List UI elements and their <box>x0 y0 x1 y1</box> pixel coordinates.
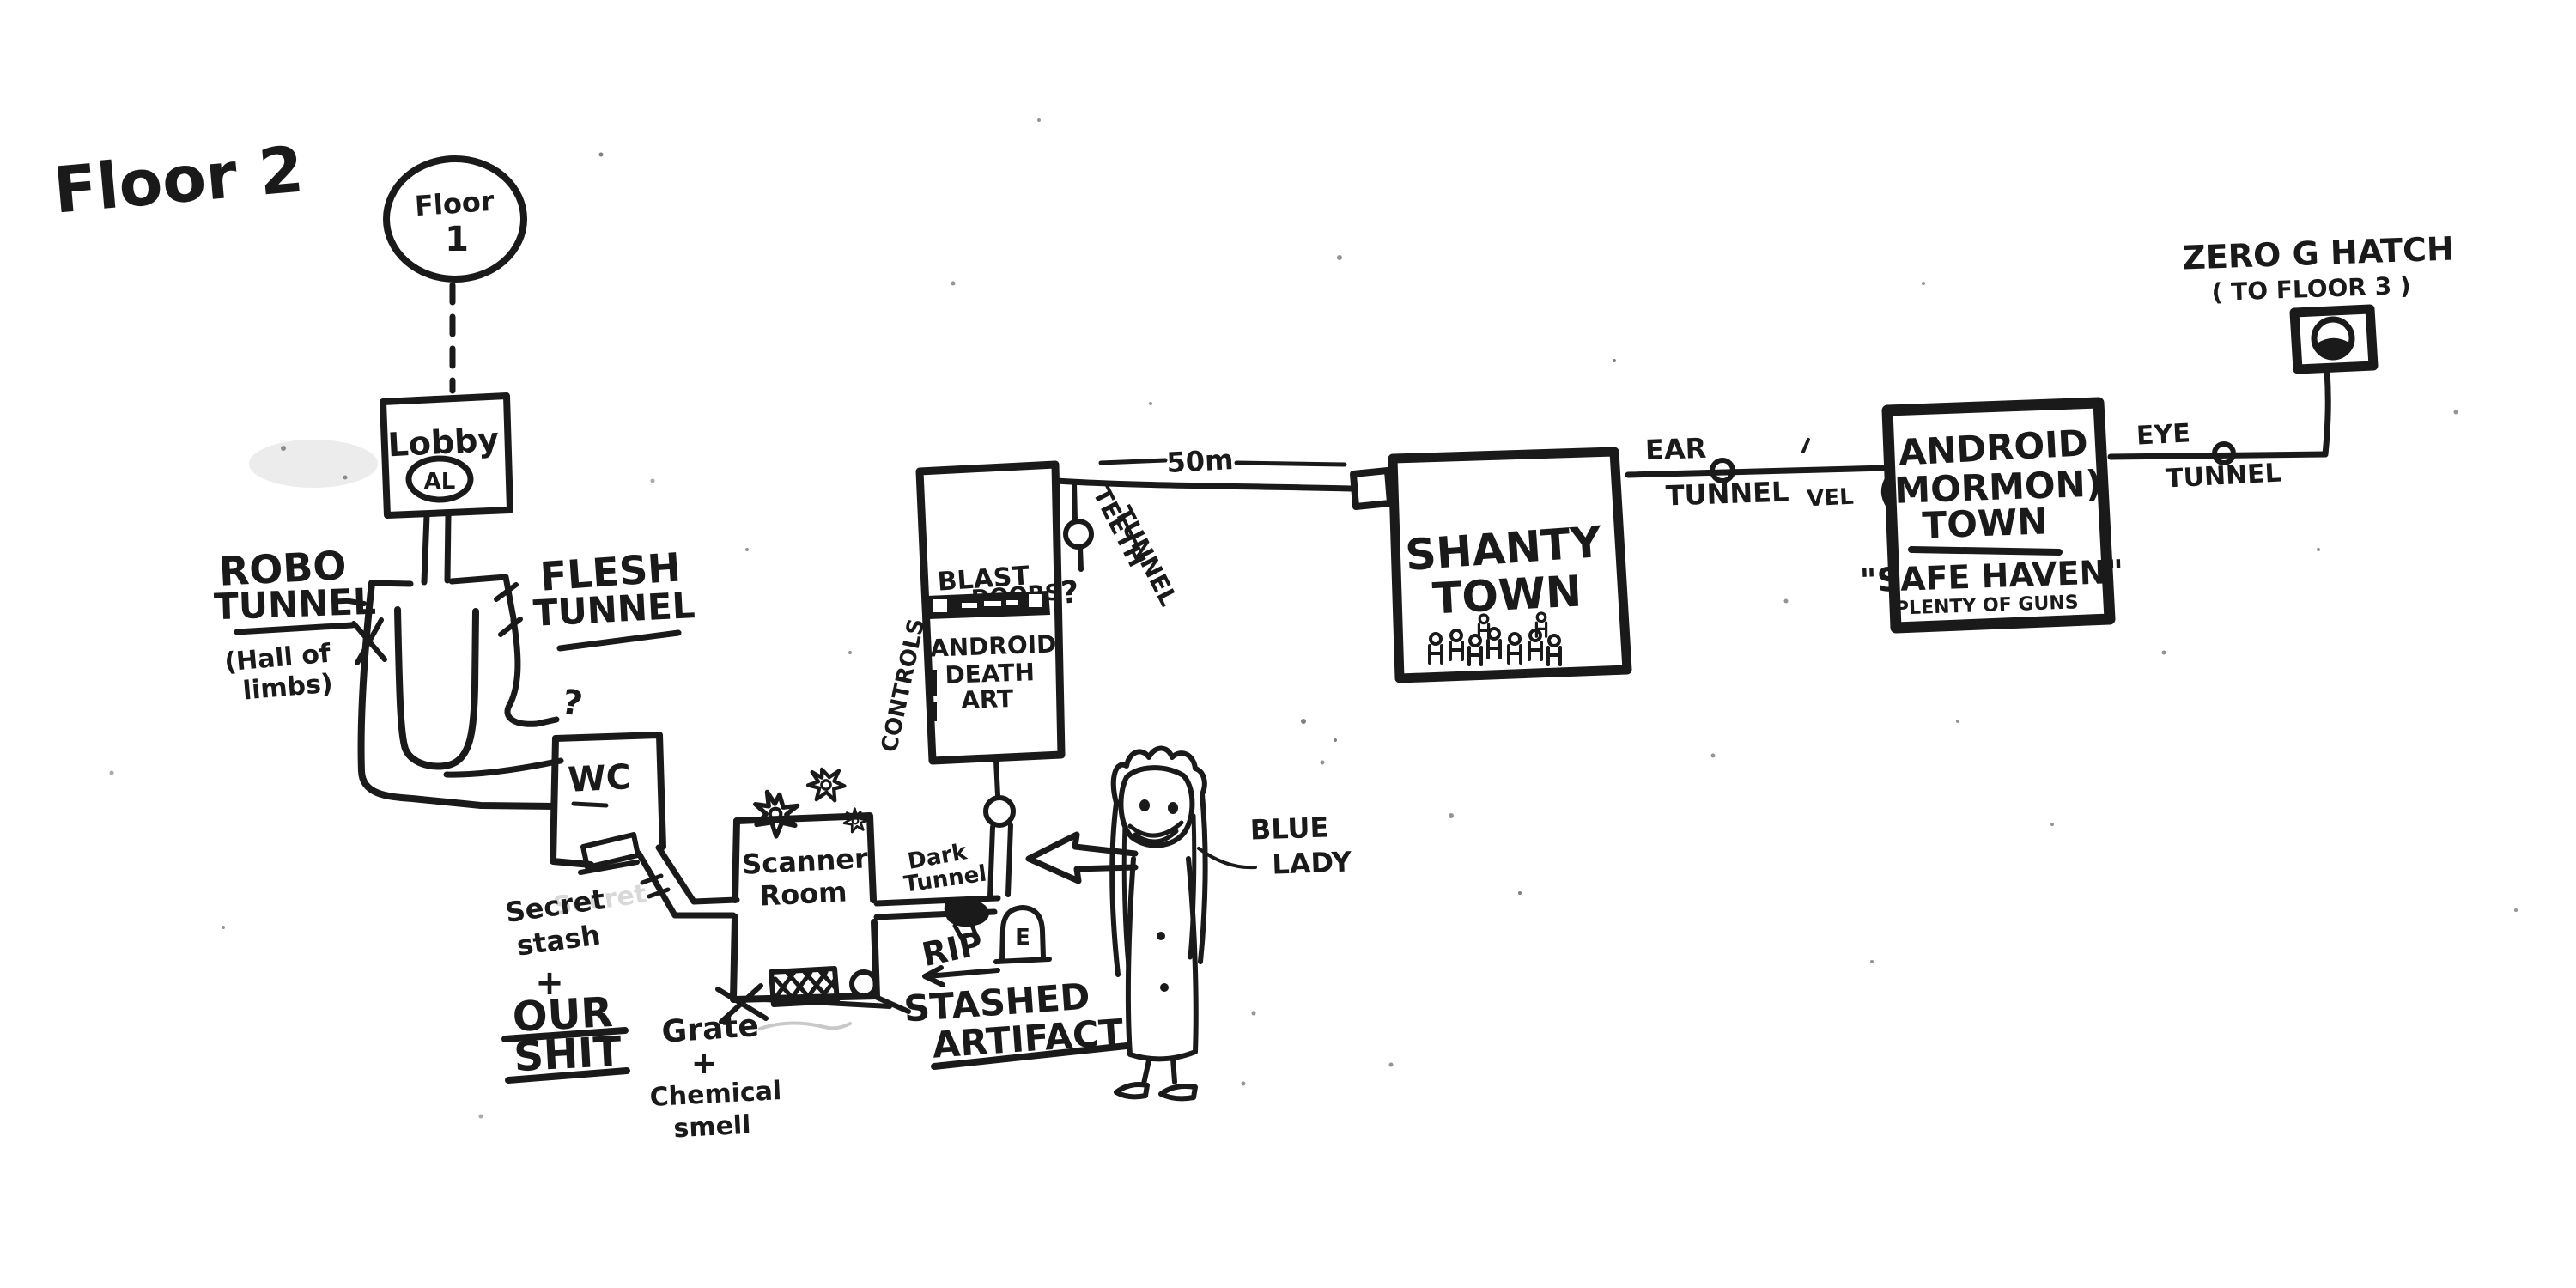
tunnel-u-bend-wall <box>398 610 476 767</box>
noise-dot <box>281 446 286 451</box>
ear-label-extra: VEL <box>1807 484 1855 513</box>
floor-1-label-line2: 1 <box>445 220 469 259</box>
ear-label-line2: TUNNEL <box>1665 476 1789 513</box>
question-mark: ? <box>1060 574 1080 611</box>
airlock-square <box>1353 471 1390 507</box>
noise-dot <box>1956 720 1959 723</box>
flower-doodle <box>750 790 800 840</box>
android-town-line3: TOWN <box>1922 500 2048 546</box>
gravestone-letter: E <box>1015 925 1030 951</box>
eye-label-line2: TUNNEL <box>2165 459 2281 495</box>
page-title: Floor 2 <box>51 133 307 228</box>
blue-lady-eye <box>1168 802 1178 814</box>
noise-dot <box>2317 548 2320 551</box>
zero-g-label-line1: ZERO G HATCH <box>2182 229 2455 276</box>
tunnel-wall <box>372 583 410 584</box>
measure-line <box>1236 463 1345 465</box>
shanty-town: SHANTY TOWN <box>1393 452 1627 678</box>
lobby-stem-wall <box>424 515 427 582</box>
tunnel-door-circle <box>1066 521 1091 547</box>
scribble-blob <box>945 897 989 927</box>
dress-button <box>1157 932 1165 940</box>
noise-dot <box>1518 891 1522 895</box>
teeth-tunnel-lower-stem <box>996 761 998 795</box>
crowd-figure <box>1548 635 1560 665</box>
dark-tunnel: Dark Tunnel RIP E <box>877 761 1049 985</box>
noise-dot <box>1242 1082 1246 1086</box>
noise-dot <box>745 548 749 551</box>
safe-haven-label: "SAFE HAVEN" <box>1859 553 2124 600</box>
blue-lady-hair-left <box>1112 803 1118 975</box>
noise-dot <box>479 1115 483 1119</box>
zero-g-label-line2: ( TO FLOOR 3 ) <box>2211 271 2411 307</box>
lobby-stem-wall <box>447 515 448 580</box>
noise-dot <box>343 476 348 480</box>
eye-tunnel: EYE TUNNEL <box>2111 371 2328 495</box>
faint-scribble <box>760 1023 850 1029</box>
noise-dot <box>599 153 604 157</box>
eye-label-line1: EYE <box>2136 418 2190 451</box>
flesh-tunnel-question-mark: ? <box>559 683 586 725</box>
robo-label-line2: TUNNEL <box>213 580 376 629</box>
dress-button <box>1160 983 1169 992</box>
grate-note-line2: Chemical <box>649 1076 782 1113</box>
crowd-figure <box>1450 630 1462 659</box>
scanner-room: Scanner Room <box>718 765 908 1029</box>
noise-speckles <box>110 118 2518 1119</box>
noise-dot <box>848 651 852 654</box>
controls-label: CONTROLS <box>877 617 930 755</box>
noise-dot <box>1613 359 1616 362</box>
tunnel-door-circle <box>986 798 1013 825</box>
tunnel-wall <box>506 577 513 618</box>
shanty-line2: TOWN <box>1431 567 1583 624</box>
flower-doodle <box>805 765 848 806</box>
teeth-tunnel-stem <box>1080 548 1081 569</box>
noise-dot <box>951 282 956 286</box>
teeth-tunnel-lower-walls <box>990 825 1011 896</box>
noise-dot <box>1784 599 1789 604</box>
eye-tunnel-line <box>2111 454 2325 457</box>
blue-lady-legs <box>1144 1059 1175 1084</box>
eraser-smudge <box>249 440 378 488</box>
blue-lady-label: BLUE LADY <box>1199 811 1352 880</box>
noise-dot <box>1449 813 1454 818</box>
ada-line1: ANDROID <box>929 629 1056 662</box>
floor-1-node: Floor 1 <box>386 159 524 391</box>
flesh-label-line2: TUNNEL <box>532 584 696 635</box>
hatch-riser-line <box>2325 371 2328 454</box>
flower-doodle <box>840 806 871 836</box>
teeth-tunnel: ? TEETH TUNNEL <box>1060 483 1183 611</box>
ear-tunnel: EAR TUNNEL VEL <box>1628 432 1886 513</box>
blue-lady-line2: LADY <box>1272 845 1353 880</box>
scanner-room-line1: Scanner <box>741 841 869 881</box>
blast-door-end-block <box>1029 594 1042 607</box>
scanner-room-wall <box>735 821 737 900</box>
blast-door-dash <box>962 603 977 608</box>
flesh-tunnel-curl-wall <box>507 620 556 724</box>
wc-label: WC <box>567 757 632 800</box>
scanner-room-wall <box>733 917 877 999</box>
noise-dot <box>2514 908 2518 912</box>
stray-mark <box>1803 440 1808 452</box>
blast-door-dash <box>1006 600 1018 605</box>
blue-lady-hair-right <box>1200 794 1206 962</box>
stashed-artifact-label: STASHED ARTIFACT <box>902 975 1127 1066</box>
blast-door-dash <box>984 601 1001 606</box>
rip-label: RIP <box>919 924 987 974</box>
teeth-tunnel-stem <box>1074 483 1075 521</box>
secret-stash-label: Secret Secret stash + OUR SHIT <box>503 879 648 1082</box>
noise-dot <box>1334 738 1337 742</box>
gravestone-base <box>996 959 1049 962</box>
noise-dot <box>2162 651 2166 655</box>
ada-line3: ART <box>961 684 1014 714</box>
underline <box>574 804 606 805</box>
noise-dot <box>1037 118 1041 122</box>
noise-dot <box>1321 761 1325 765</box>
stash-corridor-wall <box>659 848 737 902</box>
tunnel-wall <box>452 577 506 581</box>
noise-dot <box>1252 1012 1256 1016</box>
noise-dot <box>222 926 225 929</box>
underline <box>1911 550 2059 552</box>
floor-1-label-line1: Floor <box>414 185 495 222</box>
ear-tunnel-line <box>1628 468 1886 475</box>
noise-dot <box>1389 1063 1394 1067</box>
android-town: ANDROID (MORMON) TOWN "SAFE HAVEN" PLENT… <box>1859 403 2124 628</box>
distance-label: 50m <box>1166 443 1235 479</box>
crowd-figure <box>1469 635 1481 665</box>
blast-doors-room: BLAST DOORS ANDROID DEATH ART CONTROLS <box>877 465 1062 761</box>
blue-lady-eye <box>1139 799 1150 811</box>
corridor-upper-wall <box>447 761 561 775</box>
map-canvas: Floor 2 Floor 1 Lobby AL ? ROBO TUNNE <box>0 0 2576 1288</box>
wall-mark <box>928 702 937 721</box>
underline <box>560 633 678 648</box>
blue-lady-dress <box>1128 859 1196 1059</box>
blue-lady-line1: BLUE <box>1249 811 1329 846</box>
floor-title: Floor 2 <box>51 133 307 228</box>
flesh-tunnel-label: FLESH TUNNEL <box>532 544 696 648</box>
crowd-figure <box>1509 634 1521 663</box>
noise-dot <box>110 771 114 775</box>
artifact-door-circle <box>852 972 876 996</box>
grate-note-line3: smell <box>673 1110 752 1145</box>
wall-mark <box>927 670 937 696</box>
noise-dot <box>1337 255 1342 260</box>
noise-dot <box>1711 754 1716 758</box>
noise-dot <box>651 479 655 483</box>
hand-drawn-floor-map: Floor 2 Floor 1 Lobby AL ? ROBO TUNNE <box>0 0 2576 1288</box>
noise-dot <box>1870 960 1874 963</box>
crowd-figure <box>1430 634 1442 663</box>
noise-dot <box>1922 282 1925 285</box>
scanner-room-line2: Room <box>759 875 848 912</box>
noise-dot <box>1301 719 1306 724</box>
ear-label-line1: EAR <box>1644 432 1707 466</box>
noise-dot <box>1149 402 1152 405</box>
zero-g-hatch: ZERO G HATCH ( TO FLOOR 3 ) <box>2182 229 2455 369</box>
grate-note-line1: Grate <box>660 1008 760 1050</box>
pointing-arm-arrow <box>1029 835 1135 881</box>
plus-sign: + <box>691 1046 717 1081</box>
measure-line <box>1101 460 1165 463</box>
blast-door-end-block <box>933 599 947 612</box>
noise-dot <box>2050 823 2054 826</box>
robo-tunnel-label: ROBO TUNNEL (Hall of limbs) <box>213 542 376 706</box>
lobby-room: Lobby AL <box>249 396 510 515</box>
noise-dot <box>2454 410 2458 415</box>
lobby-badge: AL <box>424 469 456 495</box>
blue-lady-feet <box>1116 1084 1195 1098</box>
